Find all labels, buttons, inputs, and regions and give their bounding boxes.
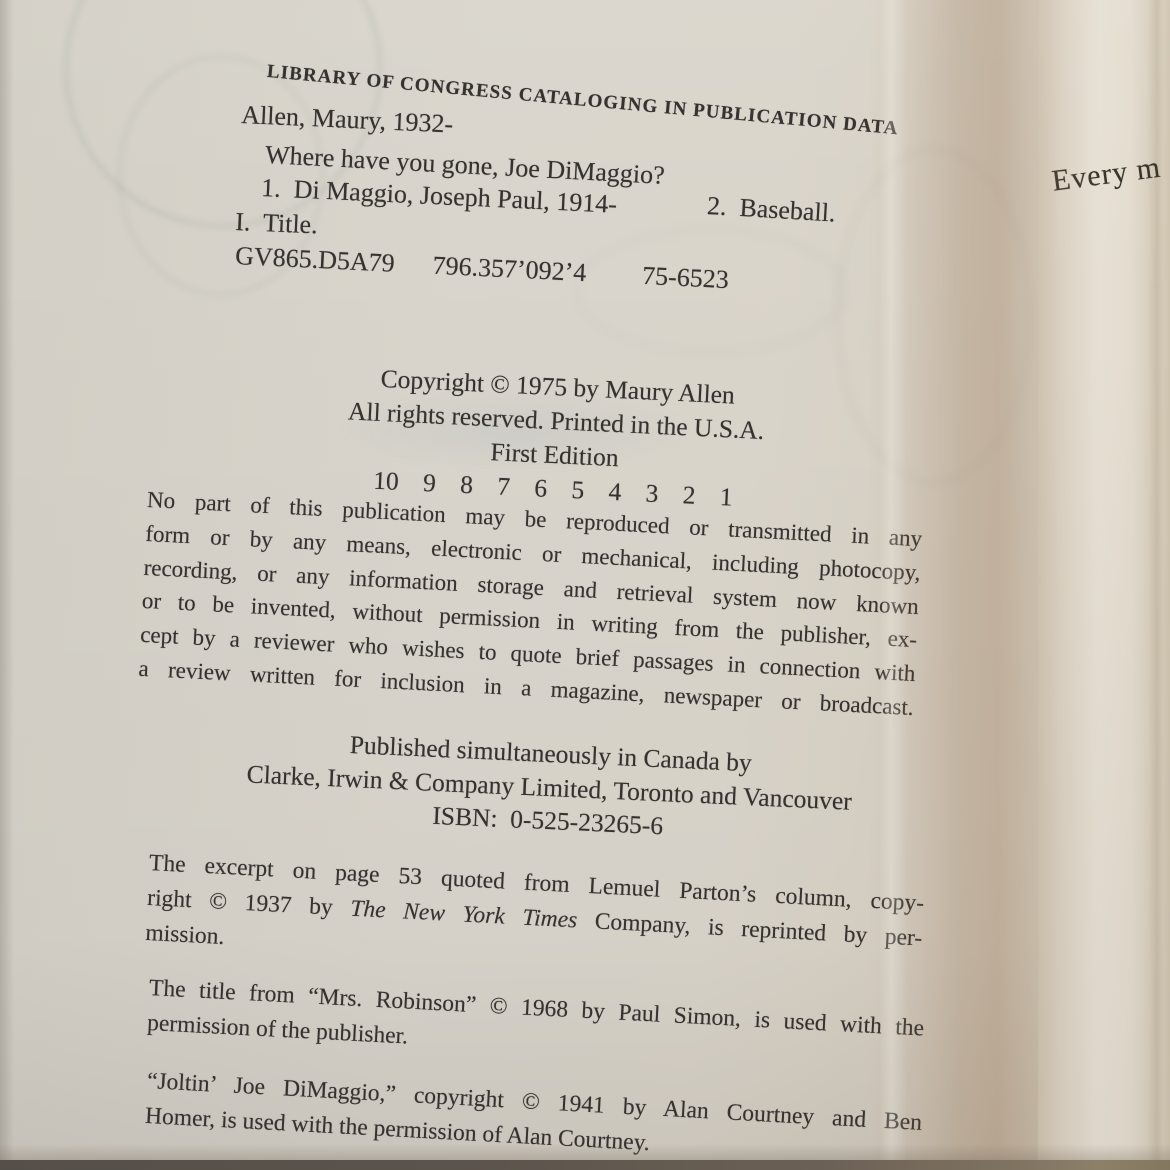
rights-paragraph: No part of this publication may be repro… (138, 483, 923, 725)
lc-card-number: 75-6523 (641, 261, 729, 295)
book-bottom-edge (0, 1160, 1170, 1170)
page-left-edge-shade (0, 0, 14, 1170)
catalog-title-entry: I. Title. (235, 207, 319, 240)
book-photo: LIBRARY OF CONGRESS CATALOGING IN PUBLIC… (0, 0, 1170, 1170)
facing-page: Every m (1038, 0, 1170, 1170)
facing-page-text: Every m (1050, 151, 1163, 199)
nyt-italic-title: The New York Times (350, 896, 578, 934)
page-bottom-shadow (0, 1144, 1170, 1160)
parton-credit-text: right © 1937 by (147, 885, 352, 922)
